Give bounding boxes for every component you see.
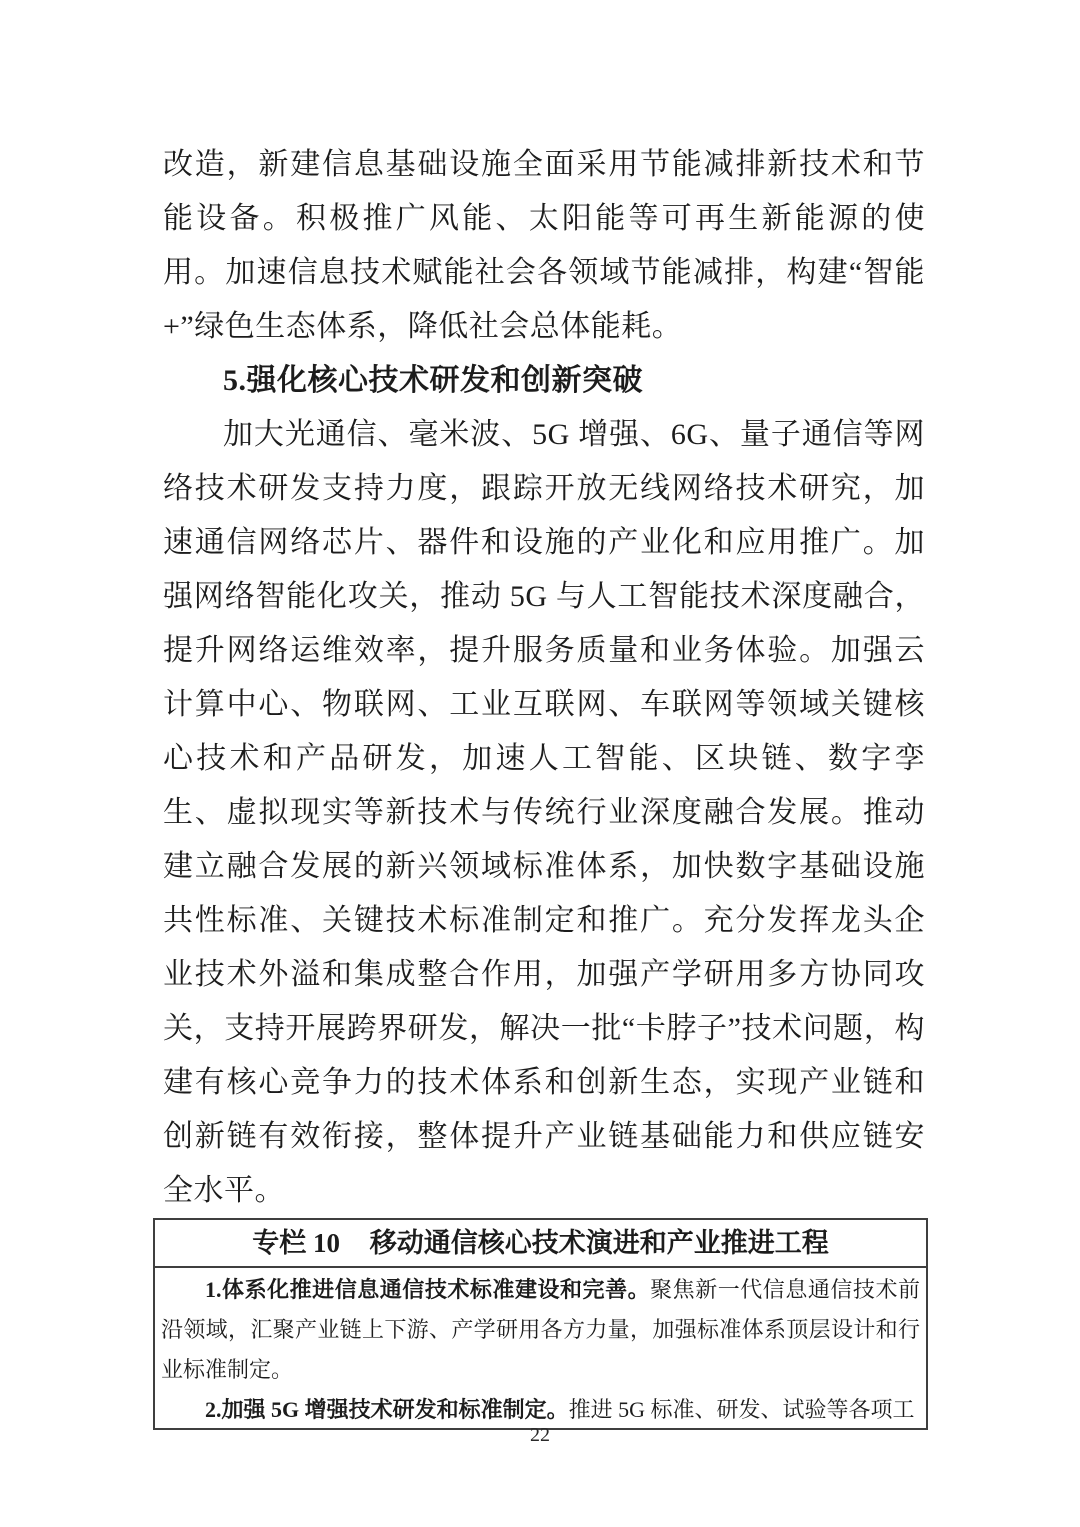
document-page: 改造，新建信息基础设施全面采用节能减排新技术和节能设备。积极推广风能、太阳能等可… bbox=[0, 0, 1080, 1527]
callout-item: 2.加强 5G 增强技术研发和标准制定。推进 5G 标准、研发、试验等各项工 bbox=[161, 1390, 920, 1428]
callout-item-lead: 1.体系化推进信息通信技术标准建设和完善。 bbox=[205, 1277, 650, 1302]
callout-body: 1.体系化推进信息通信技术标准建设和完善。聚焦新一代信息通信技术前沿领域，汇聚产… bbox=[155, 1268, 926, 1428]
callout-title: 移动通信核心技术演进和产业推进工程 bbox=[370, 1228, 829, 1258]
page-number: 22 bbox=[0, 1424, 1080, 1447]
callout-item-lead: 2.加强 5G 增强技术研发和标准制定。 bbox=[205, 1397, 569, 1422]
callout-header: 专栏 10移动通信核心技术演进和产业推进工程 bbox=[155, 1220, 926, 1268]
callout-item: 1.体系化推进信息通信技术标准建设和完善。聚焦新一代信息通信技术前沿领域，汇聚产… bbox=[161, 1270, 920, 1390]
callout-box: 专栏 10移动通信核心技术演进和产业推进工程 1.体系化推进信息通信技术标准建设… bbox=[153, 1218, 928, 1430]
body-paragraph: 加大光通信、毫米波、5G 增强、6G、量子通信等网络技术研发支持力度，跟踪开放无… bbox=[163, 408, 925, 1218]
callout-label: 专栏 10 bbox=[252, 1228, 340, 1258]
section-heading: 5.强化核心技术研发和创新突破 bbox=[163, 354, 925, 408]
body-paragraph-continuation: 改造，新建信息基础设施全面采用节能减排新技术和节能设备。积极推广风能、太阳能等可… bbox=[163, 138, 925, 354]
callout-item-text: 推进 5G 标准、研发、试验等各项工 bbox=[569, 1397, 915, 1422]
document-content: 改造，新建信息基础设施全面采用节能减排新技术和节能设备。积极推广风能、太阳能等可… bbox=[163, 138, 925, 1430]
